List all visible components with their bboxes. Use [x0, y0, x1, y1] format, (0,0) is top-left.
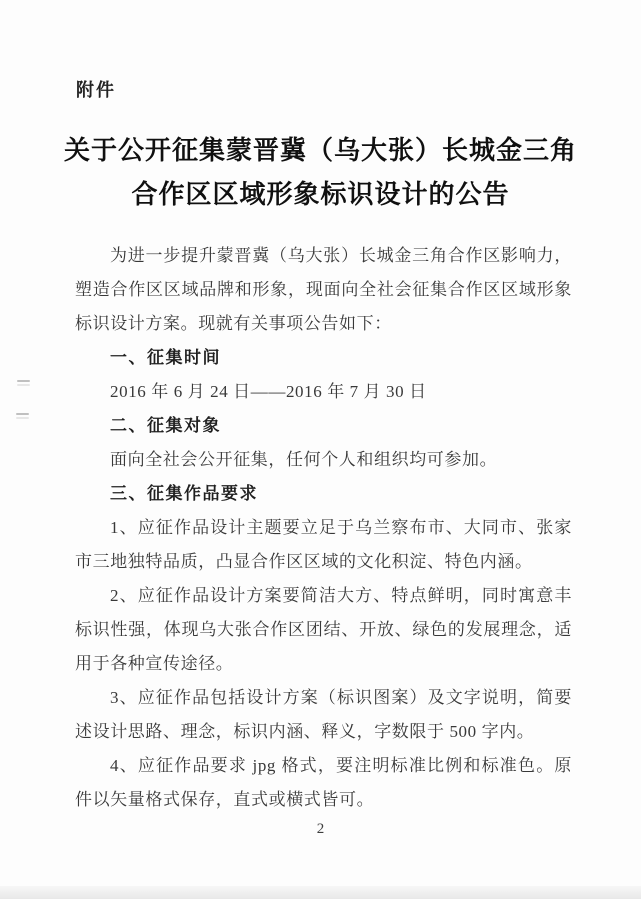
page-number: 2: [0, 821, 641, 838]
body-line: 4、应征作品要求 jpg 格式，要注明标准比例和标准色。原文: [75, 749, 572, 783]
body-line: 2016 年 6 月 24 日——2016 年 7 月 30 日: [75, 375, 572, 409]
section-heading: 一、征集时间: [75, 341, 572, 375]
scan-artifact-mark: [16, 413, 29, 415]
body-line: 塑造合作区区域品牌和形象，现面向全社会征集合作区区域形象: [75, 273, 572, 307]
body-line: 市三地独特品质，凸显合作区区域的文化积淀、特色内涵。: [75, 545, 572, 579]
document-body: 为进一步提升蒙晋冀（乌大张）长城金三角合作区影响力， 塑造合作区区域品牌和形象，…: [75, 239, 572, 817]
title-line-1: 关于公开征集蒙晋冀（乌大张）长城金三角: [0, 129, 641, 173]
body-line: 3、应征作品包括设计方案（标识图案）及文字说明，简要阐: [75, 681, 572, 715]
body-line: 用于各种宣传途径。: [75, 647, 572, 681]
title-line-2: 合作区区域形象标识设计的公告: [0, 173, 641, 217]
body-line: 标识性强，体现乌大张合作区团结、开放、绿色的发展理念，适: [75, 613, 572, 647]
scan-artifact-mark: [17, 380, 30, 382]
section-heading: 二、征集对象: [75, 409, 572, 443]
body-line: 为进一步提升蒙晋冀（乌大张）长城金三角合作区影响力，: [75, 239, 572, 273]
document-title: 关于公开征集蒙晋冀（乌大张）长城金三角 合作区区域形象标识设计的公告: [0, 129, 641, 217]
section-heading: 三、征集作品要求: [75, 477, 572, 511]
attachment-label: 附件: [76, 76, 116, 102]
body-line: 2、应征作品设计方案要简洁大方、特点鲜明，同时寓意丰富、: [75, 579, 572, 613]
body-line: 面向全社会公开征集，任何个人和组织均可参加。: [75, 443, 572, 477]
body-line: 1、应征作品设计主题要立足于乌兰察布市、大同市、张家口: [75, 511, 572, 545]
scanned-document-page: 附件 关于公开征集蒙晋冀（乌大张）长城金三角 合作区区域形象标识设计的公告 为进…: [0, 0, 641, 899]
body-line: 标识设计方案。现就有关事项公告如下：: [75, 307, 572, 341]
body-line: 件以矢量格式保存，直式或横式皆可。: [75, 783, 572, 817]
body-line: 述设计思路、理念，标识内涵、释义，字数限于 500 字内。: [75, 715, 572, 749]
scan-edge-shadow: [0, 886, 641, 899]
